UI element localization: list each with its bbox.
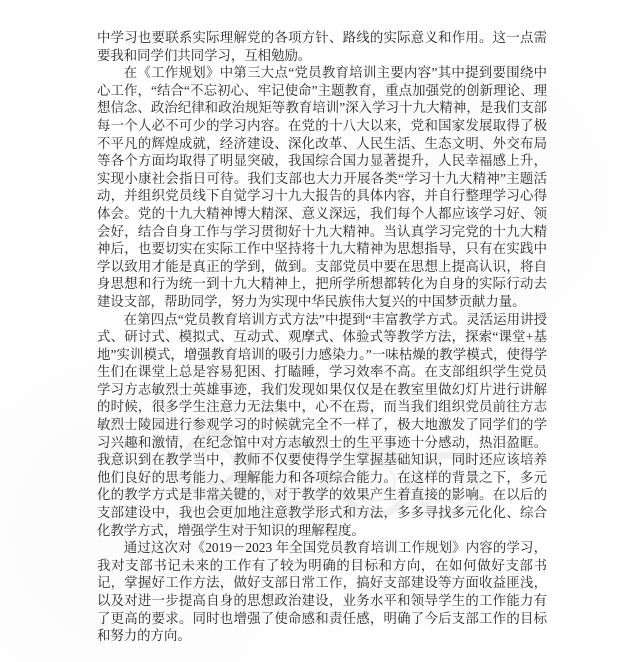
paragraph-continuation: 中学习也要联系实际理解党的各项方针、路线的实际意义和作用。这一点需要我和同学们共… bbox=[97, 29, 547, 64]
document-text: 中学习也要联系实际理解党的各项方针、路线的实际意义和作用。这一点需要我和同学们共… bbox=[97, 29, 547, 645]
paragraph-conclusion: 通过这次对《2019－2023 年全国党员教育培训工作规划》内容的学习，我对支部… bbox=[97, 539, 547, 645]
paragraph-work-plan-point3: 在《工作规划》中第三大点“党员教育培训主要内容”其中提到要围绕中心工作，“结合“… bbox=[97, 64, 547, 310]
paragraph-teaching-methods-point4: 在第四点“党员教育培训方式方法”中提到“丰富教学方式。灵活运用讲授式、研讨式、模… bbox=[97, 311, 547, 540]
document-page: 中学习也要联系实际理解党的各项方针、路线的实际意义和作用。这一点需要我和同学们共… bbox=[0, 0, 632, 662]
